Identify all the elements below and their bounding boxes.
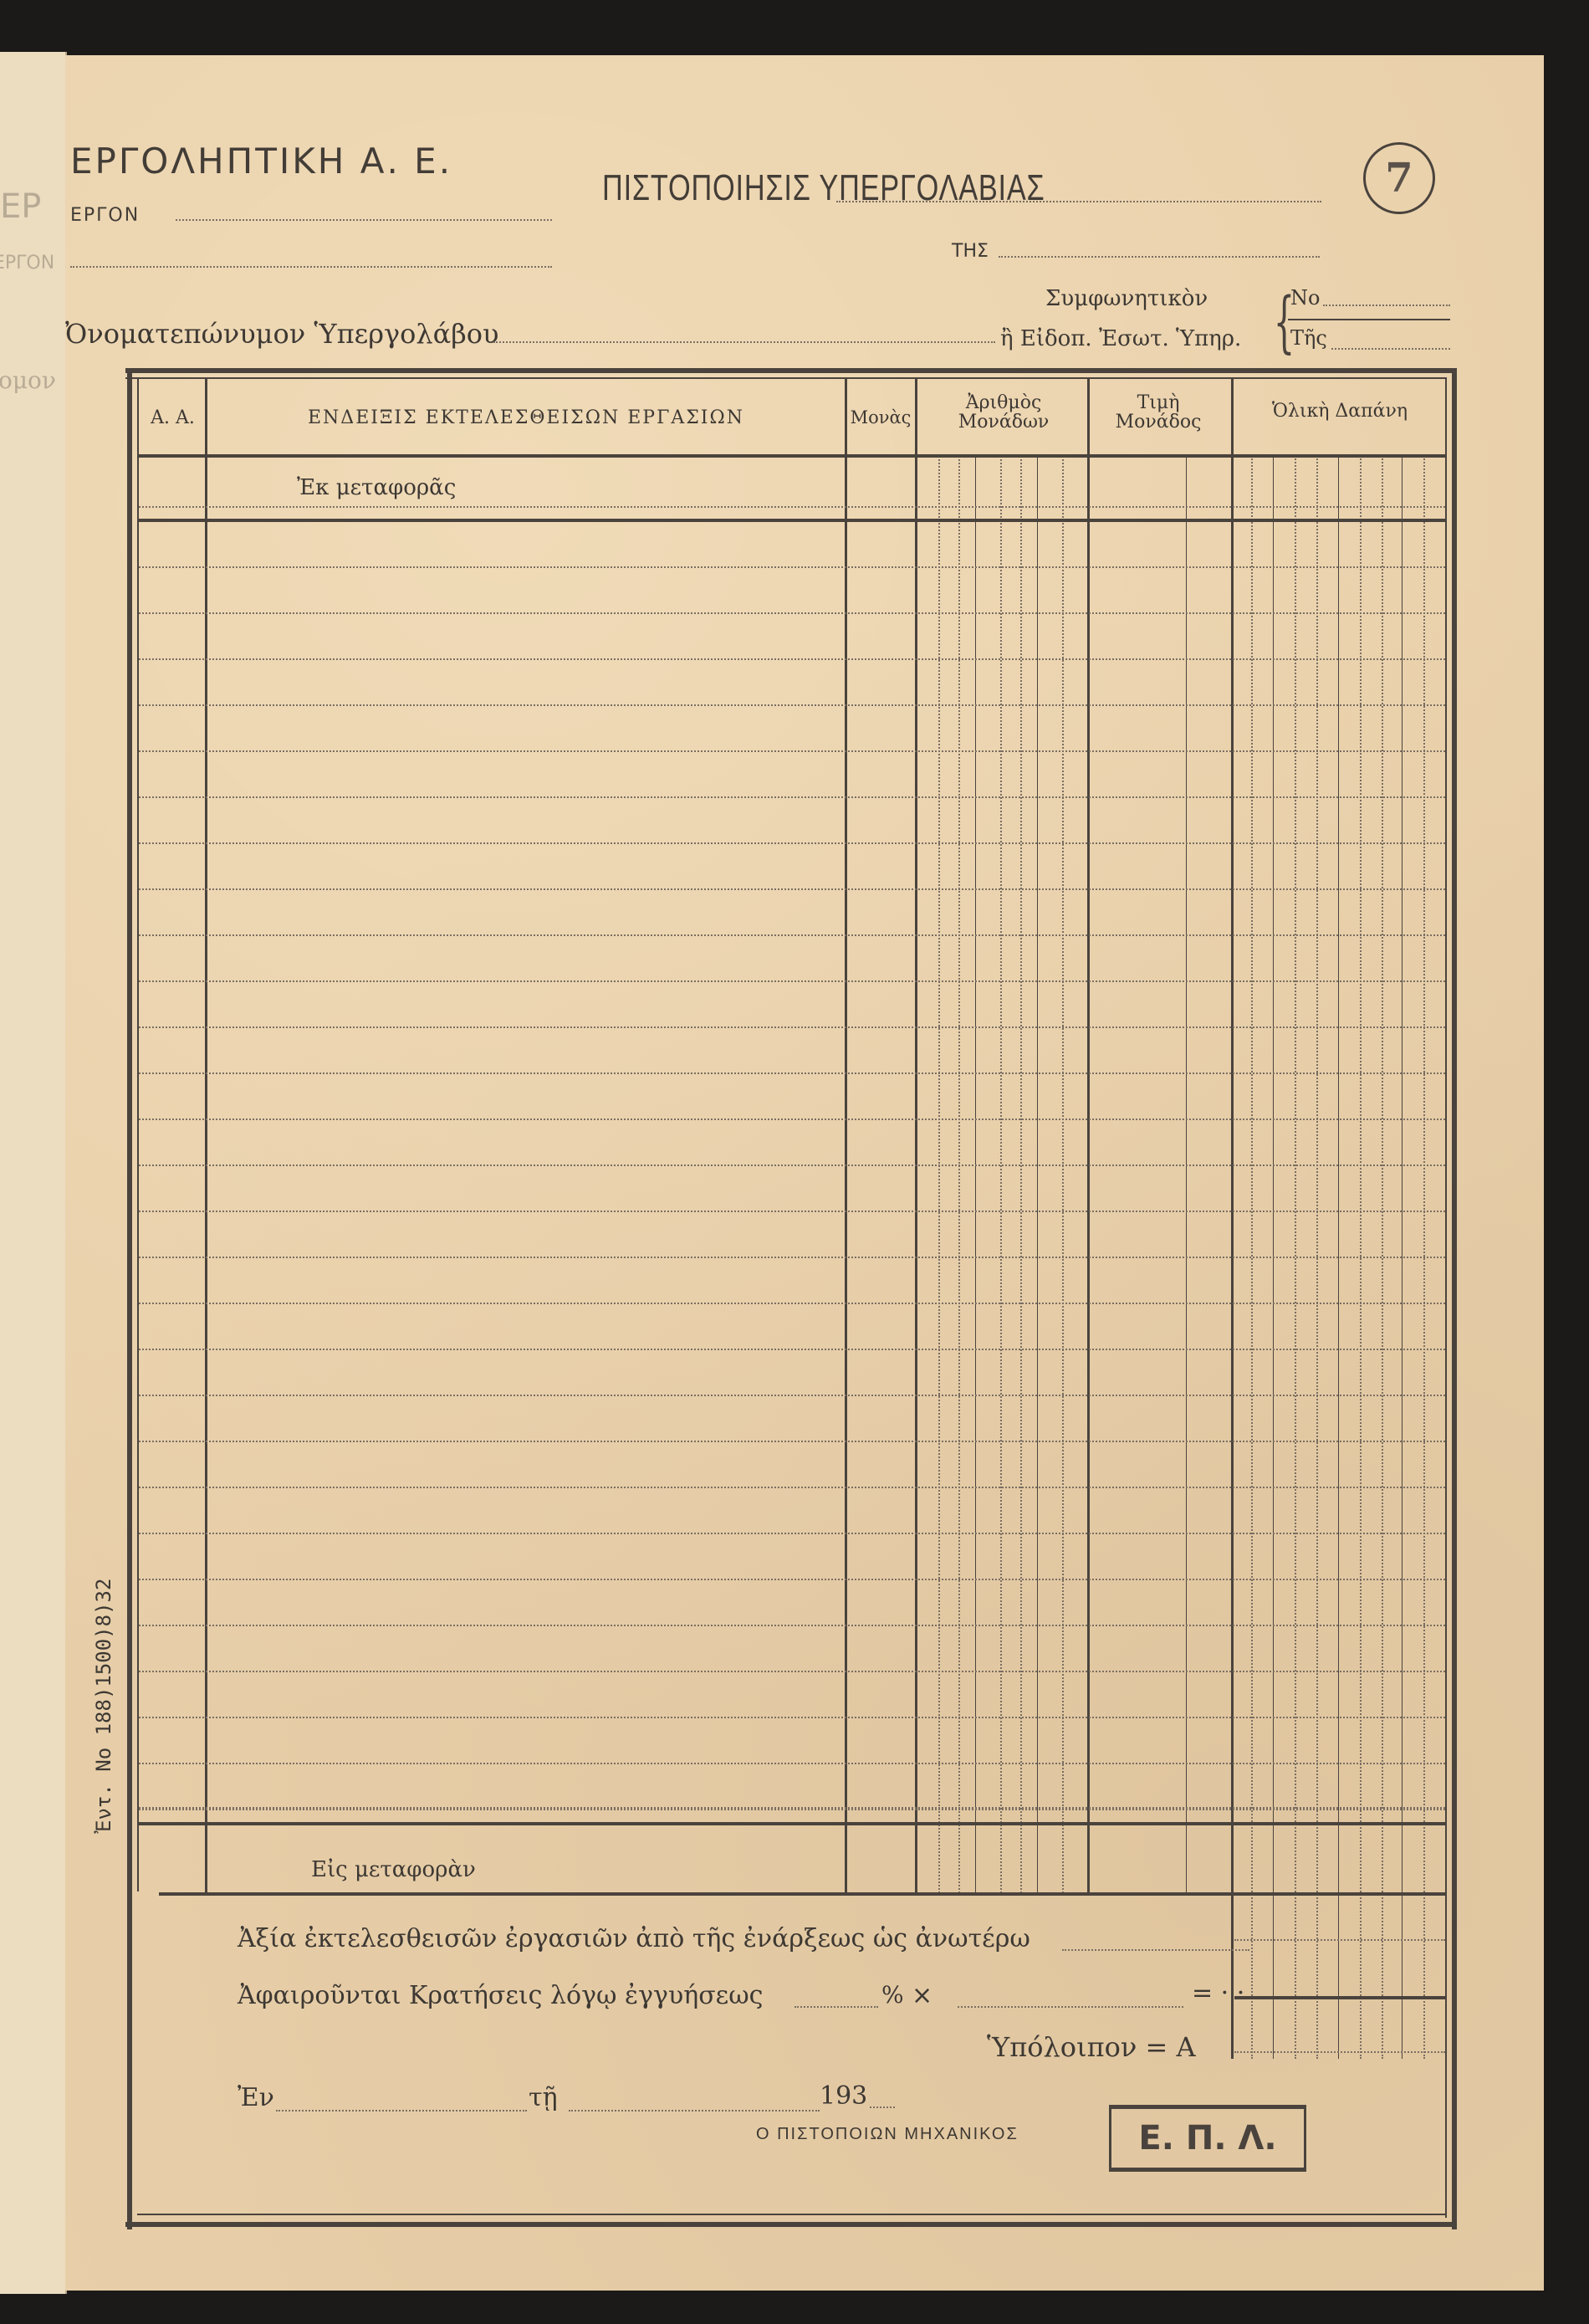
header-bottom-rule (139, 454, 1445, 458)
carried-out-top-rule (139, 1822, 1445, 1825)
year-suffix-field[interactable] (870, 2106, 895, 2108)
col-header-aa: Α. Α. (141, 408, 205, 427)
ghost-project-fragment: ΕΡΓΟΝ (0, 253, 54, 274)
table-bottom-inner (137, 2214, 1447, 2215)
contract-divider (1288, 319, 1450, 320)
table-top-border (125, 368, 1455, 373)
carried-out-bottom-rule (159, 1892, 1447, 1896)
place-label: Ἐν (238, 2083, 274, 2112)
contract-label: Συμφωνητικὸν (1045, 286, 1208, 311)
table-row[interactable] (139, 1533, 1445, 1534)
table-row[interactable] (139, 1211, 1445, 1212)
table-row[interactable] (139, 704, 1445, 706)
col-header-total: Ὁλικὴ Δαπάνη (1234, 402, 1445, 421)
contract-date-field[interactable] (1331, 348, 1450, 350)
of-label: ΤΗΣ (952, 241, 989, 262)
deduction-base-field[interactable] (958, 2006, 1183, 2008)
year-prefix: 193 (820, 2081, 867, 2111)
summary-value-dotted (1234, 1939, 1445, 1941)
table-row[interactable] (139, 980, 1445, 982)
page-number-circle: 7 (1363, 142, 1435, 214)
works-value-line: Ἀξία ἐκτελεσθεισῶν ἐργασιῶν ἀπὸ τῆς ἐνάρ… (238, 1924, 1030, 1953)
project-field[interactable] (176, 219, 552, 221)
table-row[interactable] (139, 1763, 1445, 1764)
col-header-unit-price: Τιμὴ Μονάδος (1096, 393, 1221, 432)
table-row[interactable] (139, 888, 1445, 890)
table-row[interactable] (139, 1487, 1445, 1488)
deduction-percent-field[interactable] (794, 2006, 878, 2008)
data-rows[interactable] (139, 522, 1445, 1810)
contract-number-field[interactable] (1323, 305, 1450, 306)
table-bottom-border (125, 2222, 1457, 2227)
works-value-field[interactable] (1062, 1949, 1249, 1951)
subcontractor-name-field[interactable] (493, 341, 995, 343)
col-header-description: ΕΝΔΕΙΞΙΣ ΕΚΤΕΛΕΣΘΕΙΣΩΝ ΕΡΓΑΣΙΩΝ (207, 408, 845, 427)
summary-deduction-rule (1234, 1996, 1445, 1999)
internal-notice-label: ἢ Εἰδοπ. Ἐσωτ. Ὑπηρ. (1000, 326, 1241, 351)
table-right-inner (1445, 377, 1447, 2218)
table-row[interactable] (139, 1395, 1445, 1396)
page-number: 7 (1385, 155, 1413, 202)
col-header-quantity: Ἀριθμὸς Μονάδων (937, 393, 1070, 432)
day-field[interactable] (569, 2110, 820, 2112)
table-row[interactable] (139, 1717, 1445, 1718)
table-row[interactable] (139, 1165, 1445, 1166)
table-row[interactable] (139, 1441, 1445, 1442)
table-row[interactable] (139, 796, 1445, 798)
table-row[interactable] (139, 612, 1445, 614)
ghost-name-fragment: ομον (0, 366, 56, 394)
table-right-border (1452, 368, 1457, 2229)
percent-symbol: % (881, 1981, 904, 2009)
carried-in-label: Ἐκ μεταφορᾶς (297, 475, 456, 500)
times-symbol: × (912, 1981, 932, 2010)
place-field[interactable] (276, 2110, 527, 2112)
table-top-inner (125, 377, 1447, 379)
table-row[interactable] (139, 1072, 1445, 1074)
form-title: ΠΙΣΤΟΠΟΙΗΣΙΣ ΥΠΕΡΓΟΛΑΒΙΑΣ (602, 167, 1045, 209)
summary-balance-dotted (1234, 2051, 1445, 2053)
table-row[interactable] (139, 934, 1445, 936)
balance-line: Ὑπόλοιπον = Α (987, 2031, 1196, 2063)
table-row[interactable] (139, 750, 1445, 752)
table-row[interactable] (139, 1026, 1445, 1028)
col-header-unit: Μονὰς (846, 408, 915, 427)
print-code: Ἐντ. No 188)1500)8)32 (92, 1579, 115, 1832)
table-row[interactable] (139, 1303, 1445, 1304)
of-field[interactable] (999, 256, 1320, 258)
carried-in-dotted (139, 506, 1445, 508)
date-label: Τῆς (1290, 326, 1327, 350)
no-label: No (1290, 286, 1320, 310)
table-row[interactable] (139, 1349, 1445, 1350)
project-field-line-2[interactable] (70, 266, 552, 268)
form-title-field[interactable] (836, 201, 1321, 202)
deductions-line: Ἀφαιροῦνται Κρατήσεις λόγῳ ἐγγυήσεως (238, 1981, 763, 2010)
subcontractor-label: Ὀνοματεπώνυμον Ὑπεργολάβου (65, 318, 499, 350)
project-label: ΕΡΓΟΝ (70, 205, 140, 226)
signatory-label: Ο ΠΙΣΤΟΠΟΙΩΝ ΜΗΧΑΝΙΚΟΣ (756, 2125, 1019, 2144)
epl-stamp: Ε. Π. Λ. (1109, 2105, 1306, 2172)
company-name: ΕΡΓΟΛΗΠΤΙΚΗ Α. Ε. (70, 141, 452, 182)
equals-dots: = · · (1192, 1978, 1244, 2008)
left-page-edge: ΕΡ ΕΡΓΟΝ ομον (0, 52, 67, 2294)
table-row[interactable] (139, 1671, 1445, 1672)
day-label: τῇ (529, 2083, 558, 2112)
table-left-border (127, 368, 132, 2229)
table-row[interactable] (139, 1809, 1445, 1810)
table-row[interactable] (139, 1579, 1445, 1580)
table-row[interactable] (139, 1118, 1445, 1120)
table-row[interactable] (139, 658, 1445, 660)
epl-stamp-text: Ε. Π. Λ. (1138, 2119, 1276, 2158)
table-row[interactable] (139, 1625, 1445, 1626)
table-row[interactable] (139, 566, 1445, 568)
ghost-company-fragment: ΕΡ (0, 187, 41, 226)
table-row[interactable] (139, 842, 1445, 844)
carried-out-label: Εἰς μεταφορὰν (311, 1857, 476, 1882)
last-row-dotted (139, 1807, 1445, 1809)
table-row[interactable] (139, 1257, 1445, 1258)
